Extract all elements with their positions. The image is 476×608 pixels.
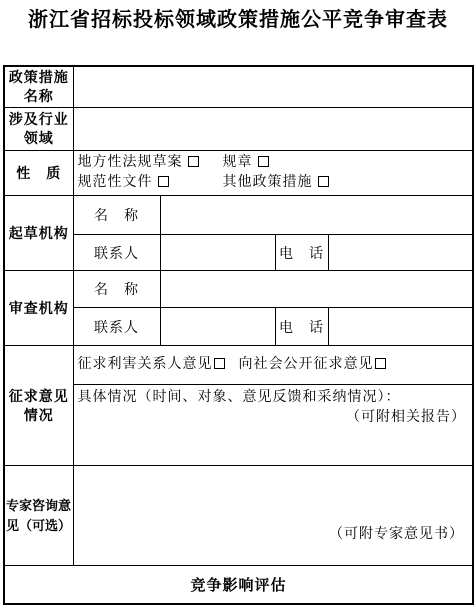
drafting-org-phone-value-cell[interactable]	[328, 235, 473, 271]
nature-option-normative-document: 规范性文件	[78, 173, 223, 193]
drafting-org-name-label: 名 称	[73, 196, 160, 235]
review-org-name-label: 名 称	[73, 271, 160, 308]
expert-opinion-value-cell[interactable]: （可附专家意见书）	[73, 466, 473, 566]
consultation-option-public: 向社会公开征求意见	[239, 357, 386, 372]
checkbox-normative-document[interactable]	[158, 176, 169, 187]
review-org-phone-value-cell[interactable]	[328, 308, 473, 346]
consultation-option-stakeholders: 征求利害关系人意见	[78, 357, 225, 372]
consultation-detail-label: 具体情况（时间、对象、意见反馈和采纳情况）：	[78, 388, 467, 408]
consultation-label: 征求意见情况	[4, 346, 73, 466]
page-title: 浙江省招标投标领域政策措施公平竞争审查表	[0, 7, 476, 33]
consultation-options-cell: 征求利害关系人意见向社会公开征求意见	[73, 346, 473, 385]
review-org-contact-label: 联系人	[73, 308, 160, 346]
drafting-org-phone-label: 电 话	[275, 235, 328, 271]
drafting-org-name-value-cell[interactable]	[160, 196, 473, 235]
nature-options-line2: 规范性文件 其他政策措施	[78, 173, 469, 193]
competition-impact-assessment-header: 竞争影响评估	[4, 566, 473, 604]
drafting-org-contact-value-cell[interactable]	[160, 235, 275, 271]
expert-opinion-note: （可附专家意见书）	[329, 523, 464, 543]
consultation-detail-cell[interactable]: 具体情况（时间、对象、意见反馈和采纳情况）： （可附相关报告）	[73, 385, 473, 466]
review-form-table: 政策措施名称 涉及行业领域 性 质 地方性法规草案 规章 规范性文件 其他政策措…	[3, 65, 474, 605]
nature-options-cell: 地方性法规草案 规章 规范性文件 其他政策措施	[73, 151, 473, 196]
checkbox-rules[interactable]	[258, 156, 269, 167]
nature-label: 性 质	[4, 151, 73, 196]
checkbox-other-policy[interactable]	[318, 176, 329, 187]
consultation-detail-note: （可附相关报告）	[346, 408, 466, 428]
drafting-org-label: 起草机构	[4, 196, 73, 271]
form-page: 浙江省招标投标领域政策措施公平竞争审查表 政策措施名称 涉及行业领域 性 质 地…	[0, 7, 476, 608]
expert-opinion-label: 专家咨询意见（可选）	[4, 466, 73, 566]
industry-value-cell[interactable]	[73, 108, 473, 151]
policy-name-label: 政策措施名称	[4, 66, 73, 108]
checkbox-local-regulation[interactable]	[188, 156, 199, 167]
industry-label: 涉及行业领域	[4, 108, 73, 151]
review-org-phone-label: 电 话	[275, 308, 328, 346]
nature-option-other-policy: 其他政策措施	[223, 173, 329, 193]
review-org-label: 审查机构	[4, 271, 73, 346]
policy-name-value-cell[interactable]	[73, 66, 473, 108]
nature-option-local-regulation: 地方性法规草案	[78, 153, 223, 173]
drafting-org-contact-label: 联系人	[73, 235, 160, 271]
review-org-contact-value-cell[interactable]	[160, 308, 275, 346]
checkbox-stakeholder-opinions[interactable]	[214, 358, 225, 369]
nature-option-rules: 规章	[223, 153, 269, 173]
review-org-name-value-cell[interactable]	[160, 271, 473, 308]
checkbox-public-opinions[interactable]	[375, 358, 386, 369]
nature-options-line1: 地方性法规草案 规章	[78, 153, 469, 173]
